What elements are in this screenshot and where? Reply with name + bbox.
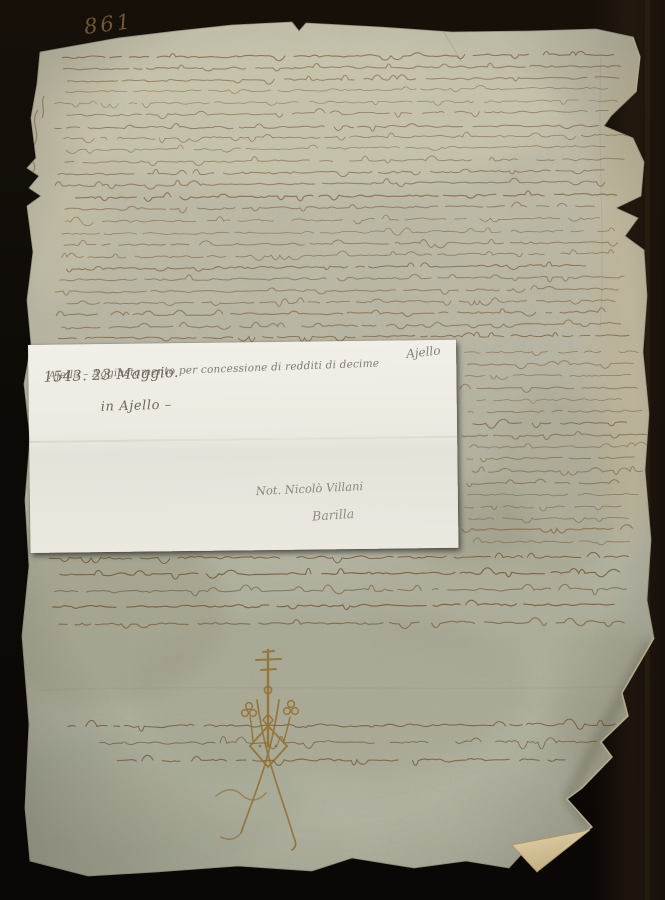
label-place-line: in Ajello – <box>101 398 173 415</box>
label-notary-name: Not. Nicolò Villani <box>256 479 364 498</box>
label-crease <box>29 435 457 442</box>
label-corner-note: Ajello <box>405 344 441 361</box>
archivist-label: Ajello 1543. 23 Maggio.Ajello – Aggiusta… <box>28 340 459 553</box>
label-notary-surname: Barilla <box>312 506 355 524</box>
photo-stage: 861 Ajello 1543. 23 Maggio.Ajello – Aggi… <box>0 0 665 900</box>
label-title: Ajello – Aggiustamento per concessione d… <box>48 358 379 382</box>
